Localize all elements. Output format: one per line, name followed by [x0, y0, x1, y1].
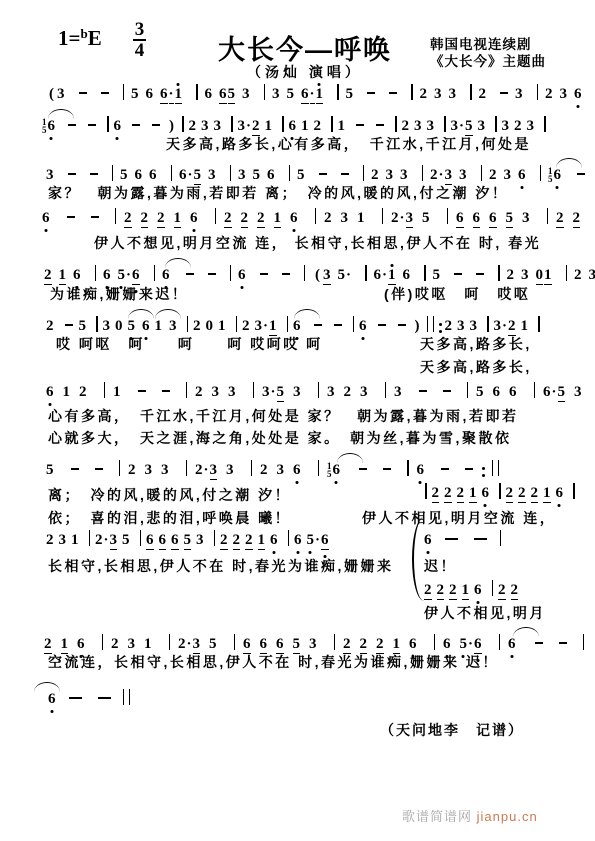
note: 0: [206, 319, 214, 334]
barline: [583, 634, 585, 650]
music-line-7: 61212333·5332335666·53356: [46, 382, 595, 402]
barline: [495, 116, 497, 132]
note: 5: [253, 168, 261, 183]
note: 5: [422, 211, 430, 226]
barline: [196, 84, 198, 100]
tie-arc: [128, 309, 154, 319]
note: 5: [209, 637, 217, 652]
note: 6: [48, 119, 56, 134]
note: 1: [265, 119, 273, 134]
note: 6: [409, 637, 417, 652]
note: 5: [128, 319, 136, 334]
note: 6: [205, 87, 213, 102]
note: 2: [343, 637, 351, 654]
note: 6: [289, 119, 297, 134]
note: 3: [494, 319, 502, 334]
note: 2: [391, 211, 399, 226]
note: 6: [294, 533, 302, 548]
note: 6: [456, 211, 464, 228]
duration-dash: [69, 697, 82, 699]
note: 3: [272, 87, 280, 102]
note: 3: [196, 533, 204, 548]
note: 6: [543, 385, 551, 400]
note: 6: [114, 119, 122, 134]
note: 1: [59, 268, 67, 285]
note: 1: [63, 385, 71, 400]
note: 3: [515, 87, 523, 102]
note: 3: [238, 119, 246, 134]
music-line-13: 2162312·35666532221665·66: [44, 627, 592, 654]
barline: [289, 165, 291, 181]
note: 3: [169, 319, 177, 334]
tie-arc: [513, 627, 539, 637]
tie-arc: [155, 309, 181, 319]
lyric-line-17: 空流连，长相守,长相思,伊人不在 时,春光为谁痴,姗姗来 迟！: [48, 652, 499, 672]
note: 6: [489, 211, 497, 228]
note: ·: [382, 268, 387, 283]
barline: [182, 116, 184, 132]
note: 6: [276, 637, 284, 654]
note: 2: [457, 486, 465, 503]
sheet-music-page: 1=bE 3 4 大长今—呼唤 （汤灿 演唱） 韩国电视连续剧 《大长今》主题曲…: [0, 0, 595, 841]
barline: [123, 84, 125, 100]
note: 3: [238, 168, 246, 183]
note: 2: [430, 168, 438, 183]
note: ·: [187, 637, 192, 652]
note: 6: [149, 168, 157, 183]
note: 6: [142, 319, 150, 334]
note: ·: [315, 533, 320, 548]
note: 2: [245, 533, 253, 550]
note: 3: [394, 385, 402, 400]
note: 6: [219, 87, 227, 104]
note: 6: [321, 533, 329, 550]
note: 3: [228, 385, 236, 400]
note: 1: [462, 583, 470, 600]
barline: [187, 316, 189, 332]
lyric-line-8: 天多高,路多长,: [420, 357, 532, 377]
lyric-line-9: 心有多高， 千江水,千江月,何处是 家？ 朝为露,暮为雨,若即若: [48, 406, 518, 426]
barline: [425, 483, 427, 499]
note: 6: [290, 211, 298, 226]
barline: [540, 165, 542, 181]
grace-notes: 15: [548, 167, 553, 183]
note: 2: [518, 486, 526, 503]
note: 5: [433, 268, 441, 283]
barline: [467, 382, 469, 398]
note: 6: [146, 87, 154, 102]
note: 2: [46, 319, 54, 334]
note: 3: [57, 87, 65, 102]
note: 5: [118, 268, 126, 283]
note: 2: [344, 385, 352, 400]
barline: [422, 165, 424, 181]
repeat-end: [492, 460, 499, 476]
barline: [538, 316, 540, 332]
note: 3: [386, 168, 394, 183]
barline: [363, 165, 365, 181]
note: 6: [493, 385, 501, 400]
music-line-4: 622216222162312·356665322: [42, 208, 589, 228]
tie-arc: [48, 109, 74, 119]
note: 2: [531, 486, 539, 503]
duration-dash: [314, 324, 322, 326]
note: 6: [333, 463, 341, 478]
note: 6: [482, 486, 490, 501]
note: 3: [560, 87, 568, 102]
note: 3: [327, 385, 335, 400]
note: 2: [360, 637, 368, 654]
note: 3: [255, 319, 263, 334]
duration-dash: [68, 173, 76, 175]
note: 1: [269, 319, 277, 336]
note: 6: [42, 211, 50, 226]
grace-notes: 15: [42, 118, 47, 134]
barline: [337, 84, 339, 100]
note: 1: [388, 268, 396, 285]
note: 3: [262, 385, 270, 400]
duration-dash: [454, 273, 462, 275]
note: 2: [193, 319, 201, 334]
duration-dash: [186, 273, 194, 275]
note: 6: [293, 463, 301, 478]
barline: [385, 382, 387, 398]
lyric-line-6: 哎 呵呕 呵 呵 呵 哎呵哎 呵: [56, 334, 323, 354]
note: 1: [71, 533, 79, 548]
duration-dash: [465, 468, 473, 470]
note: 2: [514, 119, 522, 134]
note: 3: [145, 463, 153, 478]
note: 2: [371, 168, 379, 183]
lyric-line-15: 迟！: [424, 556, 457, 576]
duration-dash: [162, 390, 170, 392]
note: 2: [556, 211, 564, 228]
music-line-3: 35666·5335652332·33236156: [46, 158, 595, 185]
barline: [287, 316, 289, 332]
barline: [407, 460, 409, 476]
note: 6: [293, 319, 301, 334]
barline: [253, 382, 255, 398]
grace-notes: 15: [327, 462, 332, 478]
note: 1: [316, 87, 324, 104]
duration-dash: [577, 173, 585, 175]
note: 3: [201, 119, 209, 134]
note: 5: [338, 268, 346, 283]
note: 3: [459, 168, 467, 183]
note: 2: [324, 211, 332, 226]
lyric-line-11: 离； 冷的风,暖的风,付之潮 汐！: [48, 485, 291, 505]
note: 3: [46, 168, 54, 183]
duration-dash: [341, 173, 349, 175]
barline: [353, 316, 355, 332]
duration-dash: [356, 124, 364, 126]
duration-dash: [152, 124, 160, 126]
note: 6: [474, 637, 482, 654]
note: 6: [554, 168, 562, 183]
lyric-line-13: 伊人不相见,明月空流 连，: [362, 508, 556, 528]
barline: [96, 316, 98, 332]
note: 3: [589, 268, 595, 283]
note: 2: [445, 319, 453, 334]
note: ·: [271, 385, 276, 400]
note: 6: [159, 533, 167, 550]
barline: [264, 84, 266, 100]
barline: [470, 84, 472, 100]
barline: [537, 84, 539, 100]
duration-dash: [68, 124, 76, 126]
barline: [492, 580, 494, 596]
note: 6: [443, 637, 451, 652]
barline: [566, 265, 568, 281]
note: 3: [478, 119, 486, 134]
phrase-paren: ): [415, 319, 420, 334]
key-prefix: 1=: [58, 26, 80, 50]
note: 3: [521, 268, 529, 283]
note: 1: [113, 385, 121, 400]
note: 3: [293, 385, 301, 400]
note: 1: [174, 211, 182, 228]
duration-dash: [132, 124, 140, 126]
barline: [104, 382, 106, 398]
note: 2: [44, 637, 52, 654]
barline: [171, 165, 173, 181]
music-line-6: 2530561320123·166)2333·21: [46, 309, 545, 336]
note: 5: [122, 533, 130, 548]
duration-dash: [65, 324, 73, 326]
watermark-site-name: 歌谱简谱网: [402, 809, 472, 824]
note: 3: [451, 119, 459, 134]
music-line-8: 52332·332361566: [46, 453, 503, 480]
note: 6: [135, 168, 143, 183]
barline: [334, 634, 336, 650]
music-line-1: (3566·16653356·1523323236: [46, 84, 595, 104]
note: ·: [502, 319, 507, 334]
note: 3: [434, 87, 442, 102]
note: 3: [277, 463, 285, 478]
note: 5: [287, 87, 295, 102]
barline: [234, 634, 236, 650]
note: 1: [274, 211, 282, 228]
barline: [119, 460, 121, 476]
note: 3: [110, 533, 118, 550]
note: 2: [498, 583, 506, 600]
lyric-line-10: 心就多大， 天之涯,海之角,处处是 家。 朝为丝,暮为雪,聚散依: [48, 428, 511, 448]
note: 1: [61, 637, 69, 654]
transcriber-credit: （天问地李 记谱）: [380, 720, 524, 740]
note: 2: [506, 486, 514, 503]
barline: [115, 208, 117, 224]
duration-dash: [67, 216, 75, 218]
note: 1: [144, 637, 152, 652]
note: 2: [508, 319, 516, 336]
barline: [434, 634, 436, 650]
barline: [382, 208, 384, 224]
note: 2: [257, 211, 265, 228]
note: 2: [444, 486, 452, 503]
final-barline: [123, 689, 130, 705]
time-numerator: 3: [133, 21, 146, 38]
note: 3: [445, 168, 453, 185]
note: 5: [194, 168, 202, 185]
duration-dash: [398, 324, 406, 326]
barline: [500, 530, 502, 546]
note: 2: [432, 486, 440, 503]
watermark-site-link[interactable]: jianpu.cn: [477, 809, 538, 824]
barline: [444, 116, 446, 132]
note: 6: [160, 87, 168, 104]
barline: [230, 265, 232, 281]
note: 2: [241, 211, 249, 228]
duration-dash: [95, 468, 103, 470]
note: 5: [346, 87, 354, 102]
note: 1: [543, 486, 551, 503]
barline: [112, 165, 114, 181]
barline: [499, 634, 501, 650]
note: 3: [502, 119, 510, 134]
duration-dash: [376, 124, 384, 126]
note: 6: [132, 268, 140, 285]
voice-bracket: [412, 517, 426, 601]
note: 0: [115, 319, 123, 334]
note: 1: [469, 486, 477, 503]
note: 5: [46, 463, 54, 478]
note: 3: [59, 533, 67, 548]
source-line-2: 《大长今》主题曲: [430, 53, 546, 70]
phrase-paren: ): [169, 119, 174, 134]
barline: [186, 460, 188, 476]
tie-arc: [165, 258, 191, 268]
note: 6: [417, 463, 425, 478]
note: 2: [573, 211, 581, 228]
lyric-line-12: 依； 喜的泪,悲的泪,呼唤晨 曦！: [48, 508, 291, 528]
duration-dash: [535, 642, 543, 644]
note: 1: [175, 87, 183, 104]
duration-dash: [383, 468, 391, 470]
note: 3: [341, 211, 349, 226]
note: 2: [220, 533, 228, 550]
note: 3: [427, 119, 435, 134]
note: 1: [301, 119, 309, 134]
note: 5: [476, 385, 484, 400]
note: ·: [468, 637, 473, 652]
note: 3: [161, 463, 169, 478]
tie-arc: [34, 682, 60, 692]
barline: [315, 208, 317, 224]
note: 6: [474, 583, 482, 598]
barline: [231, 116, 233, 132]
duration-dash: [91, 216, 99, 218]
barline: [102, 634, 104, 650]
note: 2: [507, 268, 515, 283]
note: 1: [218, 319, 226, 334]
note: 3: [522, 211, 530, 226]
lyric-line-7: 天多高,路多长,: [420, 334, 532, 354]
note: 5: [184, 533, 192, 550]
note: 6: [359, 319, 367, 334]
note: ·: [346, 268, 351, 283]
duration-dash: [500, 92, 508, 94]
note: 3: [457, 319, 465, 334]
note: 2: [124, 211, 132, 228]
note: 2: [46, 533, 54, 548]
note: 5: [79, 319, 87, 334]
duration-dash: [367, 92, 375, 94]
time-signature: 3 4: [133, 21, 146, 59]
note: 3: [309, 637, 317, 652]
performer-credit: （汤灿 演唱）: [150, 62, 460, 82]
note: 6: [190, 211, 198, 226]
note: 1: [393, 637, 401, 654]
note: 3: [470, 319, 478, 334]
watermark: 歌谱简谱网 jianpu.cn: [402, 806, 538, 825]
lyric-line-2: 家？ 朝为露,暮为雨,若即若 离； 冷的风,暖的风,付之潮 汐！: [48, 183, 508, 203]
note: 5: [297, 168, 305, 183]
note: 6: [574, 87, 582, 102]
barline: [481, 165, 483, 181]
note: 2: [157, 211, 165, 228]
tie-arc: [294, 309, 320, 319]
note: 6: [243, 637, 251, 654]
note: 6: [103, 268, 111, 283]
barline: [140, 530, 142, 546]
note: 5: [120, 168, 128, 183]
note: 1: [258, 533, 266, 550]
duration-dash: [90, 173, 98, 175]
note: 6: [46, 385, 54, 400]
duration-dash: [260, 273, 268, 275]
note: ·: [169, 87, 174, 104]
repeat-dots: [439, 323, 442, 326]
barline: [318, 382, 320, 398]
note: 5: [558, 385, 566, 402]
note: 3: [128, 637, 136, 652]
note: 5: [131, 87, 139, 102]
lyric-line-1: 天多高,路多长,心有多高， 千江水,千江月,何处是: [166, 134, 531, 154]
duration-dash: [138, 390, 146, 392]
note: 6: [162, 268, 170, 283]
barline: [169, 634, 171, 650]
note: 6: [270, 533, 278, 548]
note: 2: [195, 463, 203, 478]
lyric-line-14: 长相守,长相思,伊人不在 时,春光为谁痴,姗姗来: [48, 556, 393, 576]
note: 6: [73, 268, 81, 283]
duration-dash: [445, 538, 458, 540]
note: 3: [360, 385, 368, 400]
note: 6: [146, 533, 154, 550]
note: ·: [439, 168, 444, 183]
note: 6: [267, 168, 275, 183]
duration-dash: [282, 273, 290, 275]
phrase-paren: (: [49, 87, 54, 102]
duration-dash: [334, 324, 342, 326]
barline: [186, 382, 188, 398]
note: ·: [246, 119, 251, 134]
music-line-14: 6: [46, 682, 134, 707]
note: ·: [552, 385, 557, 400]
note: ·: [104, 533, 109, 548]
note: ·: [459, 119, 464, 134]
barline: [251, 460, 253, 476]
note: ·: [126, 268, 131, 283]
duration-dash: [389, 92, 397, 94]
duration-dash: [443, 390, 451, 392]
note: 2: [195, 385, 203, 400]
note: 2: [545, 87, 553, 102]
barline: [236, 316, 238, 332]
flat-accidental: b: [80, 26, 87, 41]
note: 1: [521, 319, 529, 334]
music-line-5: 21665·666(35·6·1652301230: [44, 258, 595, 285]
